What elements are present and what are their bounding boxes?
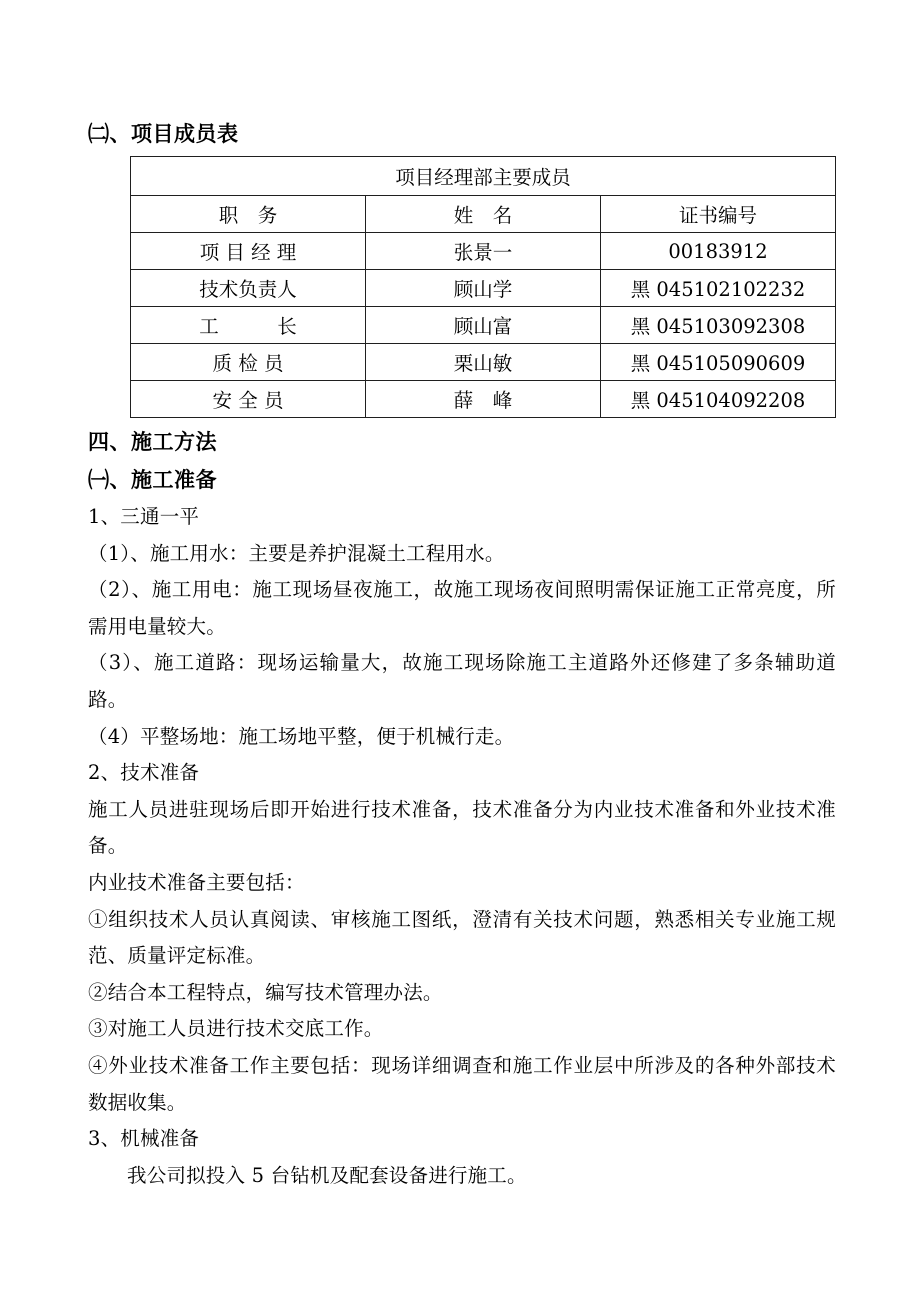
project-members-table: 项目经理部主要成员 职 务 姓 名 证书编号 项 目 经 理 张景一 00183… <box>130 156 836 418</box>
paragraph-three-supplies-one-level: 1、三通一平 <box>88 499 836 536</box>
cell-name: 顾山富 <box>366 307 601 344</box>
paragraph-technical-prep-intro: 施工人员进驻现场后即开始进行技术准备，技术准备分为内业技术准备和外业技术准备。 <box>88 792 836 865</box>
paragraph-construction-water: （1）、施工用水：主要是养护混凝土工程用水。 <box>88 536 836 573</box>
paragraph-item-3-disclosure: ③对施工人员进行技术交底工作。 <box>88 1011 836 1048</box>
document-page: ㈡、项目成员表 项目经理部主要成员 职 务 姓 名 证书编号 项 目 经 理 张… <box>0 0 920 1302</box>
cell-position: 安 全 员 <box>131 381 366 418</box>
cell-name: 薛 峰 <box>366 381 601 418</box>
paragraph-item-4-external-prep: ④外业技术准备工作主要包括：现场详细调查和施工作业层中所涉及的各种外部技术数据收… <box>88 1048 836 1121</box>
section-heading-project-members: ㈡、项目成员表 <box>88 116 836 152</box>
paragraph-item-2-management-rules: ②结合本工程特点，编写技术管理办法。 <box>88 975 836 1012</box>
cell-position: 质 检 员 <box>131 344 366 381</box>
cell-cert: 黑 045105090609 <box>601 344 836 381</box>
cell-name: 顾山学 <box>366 270 601 307</box>
cell-position: 项 目 经 理 <box>131 233 366 270</box>
paragraph-construction-roads: （3）、施工道路：现场运输量大，故施工现场除施工主道路外还修建了多条辅助道路。 <box>88 645 836 718</box>
cell-position: 技术负责人 <box>131 270 366 307</box>
paragraph-drill-rigs: 我公司拟投入 5 台钻机及配套设备进行施工。 <box>88 1158 836 1195</box>
cell-cert: 黑 045102102232 <box>601 270 836 307</box>
cell-cert: 黑 045103092308 <box>601 307 836 344</box>
table-row: 工 长 顾山富 黑 045103092308 <box>131 307 836 344</box>
table-row: 项 目 经 理 张景一 00183912 <box>131 233 836 270</box>
col-header-cert: 证书编号 <box>601 196 836 233</box>
paragraph-technical-preparation: 2、技术准备 <box>88 755 836 792</box>
section-heading-construction-method: 四、施工方法 <box>88 423 836 461</box>
table-header-row: 职 务 姓 名 证书编号 <box>131 196 836 233</box>
col-header-name: 姓 名 <box>366 196 601 233</box>
cell-cert: 黑 045104092208 <box>601 381 836 418</box>
col-header-position: 职 务 <box>131 196 366 233</box>
paragraph-internal-prep-includes: 内业技术准备主要包括： <box>88 865 836 902</box>
table-title: 项目经理部主要成员 <box>131 157 836 196</box>
paragraph-construction-power: （2）、施工用电：施工现场昼夜施工，故施工现场夜间照明需保证施工正常亮度，所需用… <box>88 572 836 645</box>
paragraph-machinery-preparation: 3、机械准备 <box>88 1121 836 1158</box>
paragraph-item-1-read-drawings: ①组织技术人员认真阅读、审核施工图纸，澄清有关技术问题，熟悉相关专业施工规范、质… <box>88 902 836 975</box>
cell-name: 张景一 <box>366 233 601 270</box>
table-title-row: 项目经理部主要成员 <box>131 157 836 196</box>
table-row: 安 全 员 薛 峰 黑 045104092208 <box>131 381 836 418</box>
table-row: 质 检 员 栗山敏 黑 045105090609 <box>131 344 836 381</box>
cell-cert: 00183912 <box>601 233 836 270</box>
table-row: 技术负责人 顾山学 黑 045102102232 <box>131 270 836 307</box>
subsection-heading-construction-preparation: ㈠、施工准备 <box>88 461 836 499</box>
cell-name: 栗山敏 <box>366 344 601 381</box>
paragraph-site-leveling: （4）平整场地：施工场地平整，便于机械行走。 <box>88 719 836 756</box>
cell-position: 工 长 <box>131 307 366 344</box>
